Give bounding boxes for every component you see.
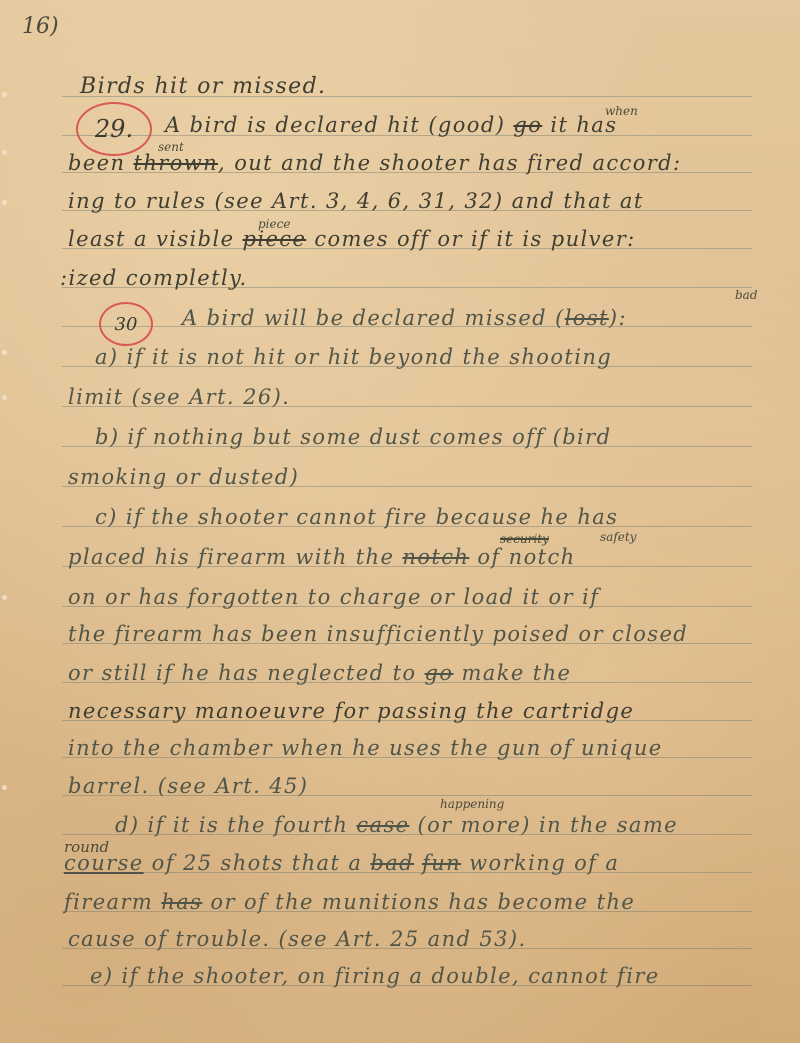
article-29-line-3: ing to rules (see Art. 3, 4, 6, 31, 32) … [68, 189, 644, 213]
clause-d-line-3: firearm has or of the munitions has beco… [64, 890, 635, 914]
clause-d-line-4: cause of trouble. (see Art. 25 and 53). [68, 927, 527, 951]
struck-word: bad [370, 851, 414, 875]
struck-word: go [513, 113, 542, 137]
article-number-29: 29. [76, 102, 152, 156]
struck-inserted-word: security [500, 532, 549, 546]
clause-c-line-6: necessary manoeuvre for passing the cart… [68, 699, 634, 723]
punch-hole [2, 150, 7, 155]
punch-hole [2, 350, 7, 355]
punch-hole [2, 395, 7, 400]
inserted-word: safety [600, 530, 636, 544]
clause-e-line-1: e) if the shooter, on firing a double, c… [90, 964, 660, 988]
article-29-line-2: been thrown, out and the shooter has fir… [68, 151, 682, 175]
clause-a-line-2: limit (see Art. 26). [68, 385, 290, 409]
struck-word: lost [565, 306, 609, 330]
struck-word: has [161, 890, 202, 914]
punch-hole [2, 785, 7, 790]
clause-c-line-1: c) if the shooter cannot fire because he… [95, 505, 618, 529]
article-29-line-5: :ized completly. [60, 266, 248, 290]
article-number-30: 30 [99, 302, 153, 346]
clause-c-line-7: into the chamber when he uses the gun of… [68, 736, 663, 760]
clause-c-line-3: on or has forgotten to charge or load it… [68, 585, 599, 609]
clause-d-line-1: d) if it is the fourth case (or more) in… [115, 813, 678, 837]
punch-hole [2, 92, 7, 97]
struck-word: fun [422, 851, 461, 875]
article-29-line-1: A bird is declared hit (good) go it has [165, 113, 617, 137]
clause-b-line-2: smoking or dusted) [68, 465, 299, 489]
punch-hole [2, 595, 7, 600]
article-30-intro: A bird will be declared missed (lost): [182, 306, 627, 330]
clause-c-line-5: or still if he has neglected to go make … [68, 661, 571, 685]
struck-word: case [356, 813, 409, 837]
struck-word: go [425, 661, 454, 685]
article-number-label: 29. [95, 115, 133, 143]
clause-c-line-8: barrel. (see Art. 45) [68, 774, 308, 798]
clause-b-line-1: b) if nothing but some dust comes off (b… [95, 425, 611, 449]
struck-word: thrown [134, 151, 219, 175]
page-number: 16) [22, 14, 59, 39]
struck-word: course [64, 851, 144, 875]
struck-word: piece [243, 227, 307, 251]
article-number-label: 30 [115, 314, 138, 335]
clause-c-line-2: placed his firearm with the notch of not… [68, 545, 576, 569]
clause-c-line-4: the firearm has been insufficiently pois… [68, 622, 688, 646]
manuscript-page: 16) Birds hit or missed. 29. A bird is d… [0, 0, 800, 1043]
inserted-word: bad [735, 288, 758, 302]
article-29-line-4: least a visible piece comes off or if it… [68, 227, 636, 251]
punch-hole [2, 200, 7, 205]
inserted-word: happening [440, 797, 504, 811]
section-heading: Birds hit or missed. [80, 74, 326, 99]
struck-word: notch [402, 545, 469, 569]
inserted-word: when [605, 104, 638, 118]
clause-d-line-2: course of 25 shots that a bad fun workin… [64, 851, 619, 875]
clause-a-line-1: a) if it is not hit or hit beyond the sh… [95, 345, 612, 369]
